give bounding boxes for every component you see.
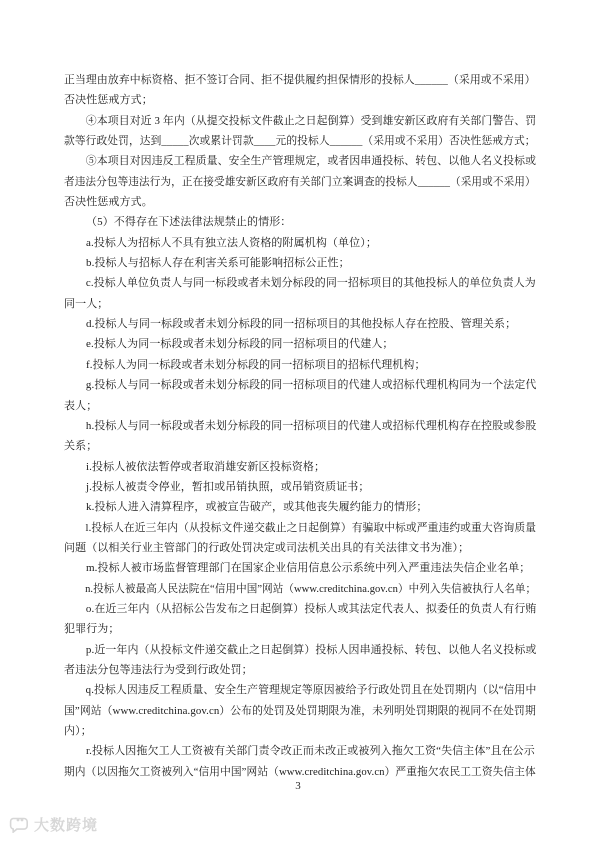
text-line: 问题（以相关行业主管部门的行政处罚决定或司法机关出具的有关法律文书为准）；	[64, 538, 536, 558]
text-line: 正当理由放弃中标资格、拒不签订合同、拒不提供履约担保情形的投标人______（采…	[64, 70, 530, 90]
watermark-logo-icon	[9, 816, 30, 833]
text-line: g.投标人与同一标段或者未划分标段的同一招标项目的代建人或招标代理机构同为一个法…	[64, 375, 534, 395]
text-line: l.投标人在近三年内（从投标文件递交截止之日起倒算）有骗取中标或严重违约或重大咨…	[64, 518, 525, 538]
text-block: 正当理由放弃中标资格、拒不签订合同、拒不提供履约担保情形的投标人______（采…	[64, 70, 536, 782]
text-line: 国”网站（www.creditchina.gov.cn）公布的处罚及处罚期限为准…	[64, 701, 528, 721]
text-line: p.近一年内（从投标文件递交截止之日起倒算）投标人因串通投标、转包、以他人名义投…	[64, 640, 534, 660]
text-line: b.投标人与招标人存在利害关系可能影响招标公正性；	[64, 253, 536, 273]
text-line: o.在近三年内（从招标公告发布之日起倒算）投标人或其法定代表人、拟委任的负责人有…	[64, 599, 534, 619]
watermark-text: 大数跨境	[34, 814, 98, 835]
watermark: 大数跨境	[9, 814, 98, 835]
text-line: ⑤本项目对因违反工程质量、安全生产管理规定，或者因串通投标、转包、以他人名义投标…	[64, 151, 531, 171]
document-page: 正当理由放弃中标资格、拒不签订合同、拒不提供履约担保情形的投标人______（采…	[0, 0, 596, 843]
text-line: 否决性惩戒方式。	[64, 192, 536, 212]
page-number: 3	[0, 780, 596, 792]
text-line: ④本项目对近 3 年内（从提交投标文件截止之日起倒算）受到雄安新区政府有关部门警…	[64, 111, 531, 131]
text-line: n.投标人被最高人民法院在“信用中国”网站（www.creditchina.go…	[64, 579, 516, 599]
text-line: 者违法分包等违法行为，正在接受雄安新区政府有关部门立案调查的投标人______（…	[64, 172, 520, 192]
text-line: 者违法分包等违法行为受到行政处罚；	[64, 660, 536, 680]
text-line: f.投标人为同一标段或者未划分标段的同一招标项目的招标代理机构；	[64, 355, 536, 375]
text-line: a.投标人为招标人不具有独立法人资格的附属机构（单位）；	[64, 233, 536, 253]
text-line: 否决性惩戒方式；	[64, 90, 536, 110]
text-line: 期内（以因拖欠工资被列入“信用中国”网站（www.creditchina.gov…	[64, 762, 523, 782]
text-line: h.投标人与同一标段或者未划分标段的同一招标项目的代建人或招标代理机构存在控股或…	[64, 416, 534, 436]
text-line: 关系；	[64, 436, 536, 456]
text-line: r.投标人因拖欠工人工资被有关部门责令改正而未改正或被列入拖欠工资“失信主体”且…	[64, 741, 536, 761]
text-line: m.投标人被市场监督管理部门在国家企业信用信息公示系统中列入严重违法失信企业名单…	[64, 558, 536, 578]
text-line: 同一人；	[64, 294, 536, 314]
text-line: 内）；	[64, 721, 536, 741]
text-line: 表人；	[64, 396, 536, 416]
text-line: c.投标人单位负责人与同一标段或者未划分标段的同一招标项目的其他投标人的单位负责…	[64, 273, 534, 293]
text-line: q.投标人因违反工程质量、安全生产管理规定等原因被给予行政处罚且在处罚期内（以“…	[64, 680, 529, 700]
text-line: j.投标人被责令停业，暂扣或吊销执照，或吊销资质证书；	[64, 477, 536, 497]
text-line: i.投标人被依法暂停或者取消雄安新区投标资格；	[64, 457, 536, 477]
text-line: k.投标人进入清算程序，或被宣告破产，或其他丧失履约能力的情形；	[64, 497, 536, 517]
text-line: d.投标人与同一标段或者未划分标段的同一招标项目的其他投标人存在控股、管理关系；	[64, 314, 536, 334]
text-line: e.投标人为同一标段或者未划分标段的同一招标项目的代建人；	[64, 334, 536, 354]
text-line: 款等行政处罚，达到_____次或累计罚款____元的投标人______（采用或不…	[64, 131, 524, 151]
text-line: （5）不得存在下述法律法规禁止的情形：	[64, 212, 536, 232]
text-line: 犯罪行为；	[64, 619, 536, 639]
